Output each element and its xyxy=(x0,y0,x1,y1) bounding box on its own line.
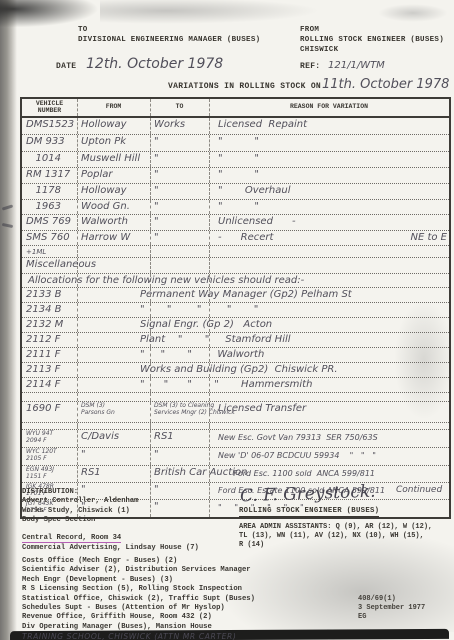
distribution-item: Body Spec Section xyxy=(22,516,255,525)
vehicle-number-cell: WYU 94T 2094 F xyxy=(26,431,53,444)
subject-typed: VARIATIONS IN ROLLING STOCK ON xyxy=(168,82,321,91)
header-vehicle-number: VEHICLE NUMBER xyxy=(22,100,77,114)
column-divider xyxy=(150,402,151,422)
column-divider xyxy=(77,333,78,347)
distribution-item: Scientific Adviser (2), Distribution Ser… xyxy=(22,566,255,575)
vehicle-number-cell: 2114 F xyxy=(26,379,60,390)
table-row: 2134 B" " " " " xyxy=(22,303,449,318)
column-divider xyxy=(209,135,210,151)
column-divider xyxy=(150,231,151,245)
column-divider xyxy=(77,135,78,151)
vehicle-number-cell: 2112 F xyxy=(26,334,60,345)
variations-table: VEHICLE NUMBER FROM TO REASON FOR VARIAT… xyxy=(20,97,451,519)
distribution-item: Revenue Office, Griffith House, Room 432… xyxy=(22,613,255,622)
table-row: RM 1317Poplar"" " xyxy=(22,168,449,184)
table-row xyxy=(22,423,449,430)
header-from: FROM xyxy=(77,103,150,110)
allocation-cell: Permanent Way Manager (Gp2) Pelham St xyxy=(140,289,352,300)
distribution-item: Schedules Supt - Buses (Attention of Mr … xyxy=(22,604,255,613)
distribution-item: Statistical Office, Chiswick (2), Traffi… xyxy=(22,595,255,604)
table-row: 2114 F" " " " Hammersmith xyxy=(22,378,449,393)
vehicle-number-cell: RM 1317 xyxy=(26,169,70,180)
vehicle-number-cell: 2132 M xyxy=(26,319,63,330)
header-reason: REASON FOR VARIATION xyxy=(209,103,449,110)
column-divider xyxy=(77,378,78,392)
column-divider xyxy=(77,246,78,257)
column-divider xyxy=(150,466,151,482)
to-cell: " xyxy=(154,216,159,227)
table-row: Allocations for the following new vehicl… xyxy=(22,274,449,288)
reason-cell: New Esc. Govt Van 79313 SER 750/63S xyxy=(218,433,378,442)
to-cell: " xyxy=(154,449,159,460)
column-divider xyxy=(77,215,78,230)
table-row: 2132 MSignal Engr. (Gp 2) Acton xyxy=(22,318,449,333)
vehicle-number-cell: DMS1523 xyxy=(26,119,74,130)
allocation-cell: Signal Engr. (Gp 2) Acton xyxy=(140,319,272,330)
column-divider xyxy=(209,423,210,429)
vehicle-number-cell: WYC 120T 2105 F xyxy=(26,449,57,462)
column-divider xyxy=(77,200,78,214)
admin-assistants-line: R (14) xyxy=(239,541,432,550)
column-divider xyxy=(77,430,78,447)
column-divider xyxy=(150,430,151,447)
table-row: DM 933Upton Pk"" " xyxy=(22,135,449,152)
from-cell: DSM (3) Parsons Gn xyxy=(81,403,115,416)
from-cell: Walworth xyxy=(81,216,128,227)
column-divider xyxy=(150,258,151,273)
table-row: WYC 120T 2105 F""New 'D' 06-07 BCDCUU 59… xyxy=(22,448,449,466)
subject-date-handwritten: 11th. October 1978 xyxy=(322,77,449,92)
date-value-handwritten: 12th. October 1978 xyxy=(86,56,223,72)
column-divider xyxy=(209,118,210,134)
signatory-title: ROLLING STOCK ENGINEER (BUSES) xyxy=(239,507,379,517)
column-divider xyxy=(150,168,151,183)
column-divider xyxy=(209,448,210,465)
vehicle-number-cell: 1178 xyxy=(26,185,61,196)
from-cell: Harrow W xyxy=(81,232,130,243)
distribution-item-wrap: Central Record, Room 34 xyxy=(22,526,255,544)
to-value: DIVISIONAL ENGINEERING MANAGER (BUSES) xyxy=(78,36,260,44)
allocation-cell: " " " Walworth xyxy=(140,349,264,360)
column-divider xyxy=(150,246,151,257)
column-divider xyxy=(209,258,210,273)
reason-cell: Unlicensed - xyxy=(218,216,296,227)
column-divider xyxy=(150,200,151,214)
table-row: 1014Muswell Hill"" " xyxy=(22,152,449,168)
vehicle-number-cell: 1963 xyxy=(26,201,61,212)
reason-cell: New 'D' 06-07 BCDCUU 59934 " " " xyxy=(218,451,376,460)
scan-corner-blot xyxy=(0,0,110,30)
from-value: ROLLING STOCK ENGINEER (BUSES) xyxy=(300,36,444,44)
row-note-handwritten: Allocations for the following new vehicl… xyxy=(28,275,304,286)
from-cell: " xyxy=(81,449,86,460)
column-divider xyxy=(77,152,78,167)
column-divider xyxy=(77,423,78,429)
table-row: 2111 F" " " Walworth xyxy=(22,348,449,363)
table-row: EGN 493J 1151 FRS1British Car Auction Fo… xyxy=(22,466,449,483)
from-cell: Holloway xyxy=(81,119,127,130)
table-row: SMS 760Harrow W"- RecertNE to E xyxy=(22,231,449,246)
reason-right-cell: NE to E xyxy=(410,232,447,243)
ref-value-handwritten: 121/1/WTM xyxy=(328,60,385,71)
continued-note-handwritten: Continued xyxy=(396,485,442,495)
to-cell: " xyxy=(154,232,159,243)
distribution-item: Div Operating Manager (Buses), Mansion H… xyxy=(22,623,255,632)
vehicle-number-cell: 1690 F xyxy=(26,403,60,414)
from-label: FROM xyxy=(300,26,319,34)
vehicle-number-cell: 2113 F xyxy=(26,364,60,375)
allocation-cell: Works and Building (Gp2) Chiswick PR. xyxy=(140,364,338,375)
table-row: 1963Wood Gn."" " xyxy=(22,200,449,215)
distribution-title: DISTRIBUTION: xyxy=(22,488,255,497)
to-cell: " xyxy=(154,169,159,180)
distribution-item: TRAINING SCHOOL, CHISWICK (ATTN MR CARTE… xyxy=(22,632,255,640)
vehicle-number-cell: Miscellaneous xyxy=(26,259,96,270)
form-initials: EG xyxy=(358,613,425,622)
from-cell: Wood Gn. xyxy=(81,201,130,212)
distribution-list: DISTRIBUTION: Advert Controller, Aldenha… xyxy=(22,488,255,640)
distribution-item: Mech Engr (Development - Buses) (3) xyxy=(22,576,255,585)
ref-label: REF: xyxy=(300,62,320,71)
to-label: TO xyxy=(78,26,88,34)
vehicle-number-cell: DM 933 xyxy=(26,136,65,147)
from-cell: Poplar xyxy=(81,169,113,180)
column-divider xyxy=(77,363,78,377)
column-divider xyxy=(77,448,78,465)
allocation-cell: " " " " " xyxy=(140,304,258,315)
to-cell: " xyxy=(154,201,159,212)
distribution-item: Advert Controller, Aldenham xyxy=(22,497,255,506)
column-divider xyxy=(209,246,210,257)
vehicle-number-cell: 2111 F xyxy=(26,349,60,360)
table-row: 2113 FWorks and Building (Gp2) Chiswick … xyxy=(22,363,449,378)
table-body: DMS1523HollowayWorksLicensed RepaintDM 9… xyxy=(22,118,449,517)
reason-cell: " " xyxy=(218,136,259,147)
distribution-item: Costs Office (Mech Engr - Buses) (2) xyxy=(22,557,255,566)
reason-cell: " Overhaul xyxy=(218,185,291,196)
binding-spine xyxy=(0,0,17,640)
distribution-item: Commercial Advertising, Lindsay House (7… xyxy=(22,544,255,553)
admin-assistants-line: TL (13), WN (11), AV (12), NX (10), WH (… xyxy=(239,532,432,541)
column-divider xyxy=(150,215,151,230)
reason-cell: " " xyxy=(218,169,259,180)
table-row xyxy=(22,393,449,402)
column-divider xyxy=(209,184,210,199)
to-cell: " xyxy=(154,136,159,147)
column-divider xyxy=(150,184,151,199)
column-divider xyxy=(77,402,78,422)
column-divider xyxy=(150,393,151,401)
admin-assistants-line: AREA ADMIN ASSISTANTS: Q (9), AR (12), W… xyxy=(239,523,432,532)
reason-cell: Ford Esc. 1100 sold ANCA 599/811 xyxy=(218,469,375,478)
column-divider xyxy=(150,135,151,151)
column-divider xyxy=(150,118,151,134)
column-divider xyxy=(77,168,78,183)
vehicle-number-cell: EGN 493J 1151 F xyxy=(26,467,54,480)
column-divider xyxy=(209,152,210,167)
reason-cell: Licensed Repaint xyxy=(218,119,307,130)
area-admin-assistants: AREA ADMIN ASSISTANTS: Q (9), AR (12), W… xyxy=(239,523,432,551)
vehicle-number-cell: +1ML xyxy=(26,247,46,258)
allocation-cell: " " " " Hammersmith xyxy=(140,379,312,390)
to-cell: " xyxy=(154,153,159,164)
column-divider xyxy=(77,318,78,332)
vehicle-number-cell: SMS 760 xyxy=(26,232,70,243)
column-divider xyxy=(209,393,210,401)
column-divider xyxy=(77,231,78,245)
allocation-cell: Plant " " Stamford Hill xyxy=(140,334,291,345)
column-divider xyxy=(77,348,78,362)
header-to: TO xyxy=(150,103,209,110)
column-divider xyxy=(209,430,210,447)
scan-smudge-top-right xyxy=(378,4,448,22)
distribution-item: Central Record, Room 34 xyxy=(22,534,121,543)
table-row: Miscellaneous xyxy=(22,258,449,274)
column-divider xyxy=(150,448,151,465)
table-row: WYU 94T 2094 FC/DavisRS1New Esc. Govt Va… xyxy=(22,430,449,448)
reason-cell: " " xyxy=(218,153,259,164)
form-number: 408/69(1) xyxy=(358,595,425,604)
from-location: CHISWICK xyxy=(300,46,338,54)
reason-cell: Licensed Transfer xyxy=(218,403,306,414)
to-cell: Works xyxy=(154,119,185,130)
scanned-memo-page: TO DIVISIONAL ENGINEERING MANAGER (BUSES… xyxy=(0,0,454,640)
to-cell: RS1 xyxy=(154,431,174,442)
from-cell: Muswell Hill xyxy=(81,153,140,164)
reason-cell: " " xyxy=(218,201,259,212)
table-row: 1690 FDSM (3) Parsons GnDSM (3) to Clean… xyxy=(22,402,449,423)
vehicle-number-cell: 1014 xyxy=(26,153,61,164)
column-divider xyxy=(209,215,210,230)
form-date: 3 September 1977 xyxy=(358,604,425,613)
distribution-items: Advert Controller, AldenhamWorks Study, … xyxy=(22,497,255,640)
column-divider xyxy=(77,118,78,134)
form-footer: 408/69(1) 3 September 1977 EG xyxy=(358,595,425,622)
from-cell: RS1 xyxy=(81,467,101,478)
column-divider xyxy=(77,303,78,317)
column-divider xyxy=(209,200,210,214)
table-row: 2112 FPlant " " Stamford Hill xyxy=(22,333,449,348)
table-row: +1ML xyxy=(22,246,449,258)
table-row: DMS1523HollowayWorksLicensed Repaint xyxy=(22,118,449,135)
table-row: 2133 BPermanent Way Manager (Gp2) Pelham… xyxy=(22,288,449,303)
reason-cell: - Recert xyxy=(218,232,273,243)
distribution-item: Works Study, Chiswick (1) xyxy=(22,507,255,516)
column-divider xyxy=(150,423,151,429)
to-cell: " xyxy=(154,185,159,196)
vehicle-number-cell: 2133 B xyxy=(26,289,62,300)
from-cell: Holloway xyxy=(81,185,127,196)
column-divider xyxy=(77,466,78,482)
table-row: 1178Holloway"" Overhaul xyxy=(22,184,449,200)
table-header-row: VEHICLE NUMBER FROM TO REASON FOR VARIAT… xyxy=(22,99,449,118)
scan-smudge-top xyxy=(100,0,320,24)
column-divider xyxy=(209,231,210,245)
table-row: DMS 769Walworth"Unlicensed - xyxy=(22,215,449,231)
distribution-item: R S Licensing Section (5), Rolling Stock… xyxy=(22,585,255,594)
vehicle-number-cell: DMS 769 xyxy=(26,216,71,227)
column-divider xyxy=(209,168,210,183)
from-cell: Upton Pk xyxy=(81,136,126,147)
column-divider xyxy=(77,288,78,302)
column-divider xyxy=(150,152,151,167)
column-divider xyxy=(77,393,78,401)
column-divider xyxy=(77,184,78,199)
vehicle-number-cell: 2134 B xyxy=(26,304,62,315)
date-label: DATE xyxy=(56,62,76,71)
from-cell: C/Davis xyxy=(81,431,119,442)
